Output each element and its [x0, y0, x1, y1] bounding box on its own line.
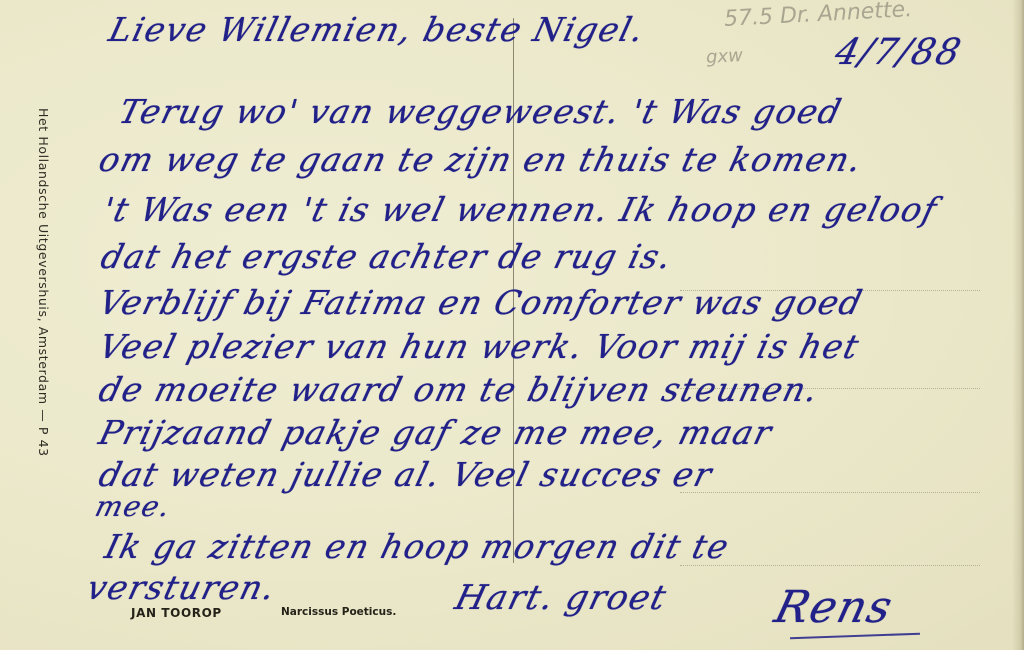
message-line: Veel plezier van hun werk. Voor mij is h…	[95, 327, 864, 366]
postcard-back: Het Hollandsche Uitgevershuis, Amsterdam…	[0, 0, 1024, 650]
message-line: Prijzaand pakje gaf ze me mee, maar	[95, 413, 777, 452]
artwork-title-caption: Narcissus Poeticus.	[281, 606, 396, 618]
address-line-4	[680, 565, 980, 566]
message-line: dat het ergste achter de rug is.	[97, 237, 677, 276]
artist-caption: JAN TOOROP	[131, 606, 222, 620]
closing: Hart. groet	[451, 578, 671, 618]
date: 4/7/88	[831, 32, 966, 73]
message-line: 't Was een 't is wel wennen. Ik hoop en …	[99, 190, 942, 229]
pencil-note-small: gxw	[705, 45, 743, 68]
message-line: Ik ga zitten en hoop morgen dit te	[101, 527, 734, 566]
message-line: versturen.	[83, 568, 280, 607]
message-line: Terug wo' van weggeweest. 't Was goed	[115, 92, 846, 131]
signature-underline	[790, 633, 920, 640]
card-edge-shadow	[1012, 0, 1024, 650]
message-line: de moeite waard om te blijven steunen.	[95, 370, 823, 409]
pencil-note-top: 57.5 Dr. Annette.	[723, 0, 912, 32]
signature: Rens	[770, 582, 899, 633]
address-line-3	[680, 492, 980, 493]
salutation: Lieve Willemien, beste Nigel.	[105, 10, 649, 49]
message-line: om weg te gaan te zijn en thuis te komen…	[95, 140, 867, 179]
message-line: mee.	[92, 490, 175, 523]
message-line: Verblijf bij Fatima en Comforter was goe…	[95, 283, 867, 322]
publisher-imprint: Het Hollandsche Uitgevershuis, Amsterdam…	[36, 108, 51, 528]
message-line: dat weten jullie al. Veel succes er	[95, 455, 717, 494]
